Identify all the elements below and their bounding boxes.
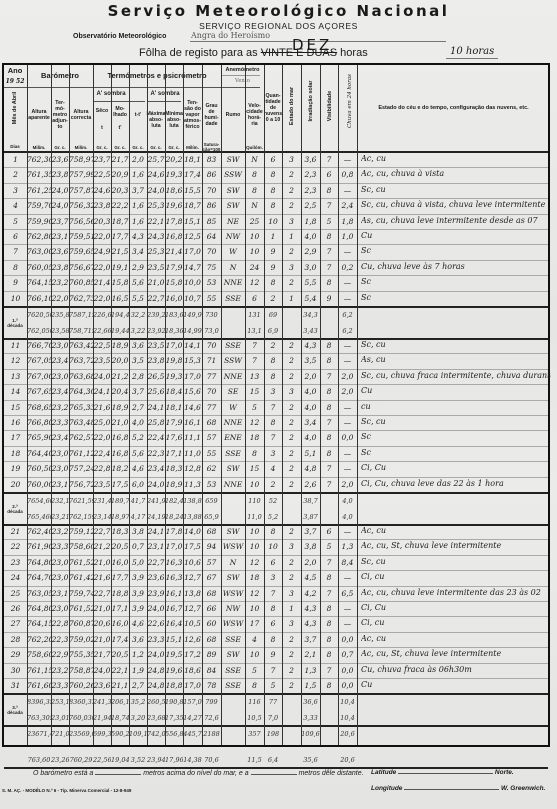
cell-seco: 21,0 — [93, 558, 111, 567]
cell-mar: 2 — [282, 635, 301, 644]
column-divider — [27, 65, 28, 745]
longitude-blank[interactable] — [404, 789, 499, 790]
cell-vel: 17 — [245, 619, 264, 628]
summary-nuv: 52 — [264, 497, 282, 505]
cell-vis: 5 — [320, 542, 338, 551]
cell-vis: 7 — [320, 558, 338, 567]
cell-irr: 2,5 — [301, 201, 320, 210]
cell-vis: 8 — [320, 186, 338, 195]
cell-max: 23,6 — [147, 573, 165, 582]
summary-alt-ap: 7654,60 — [27, 497, 51, 505]
cell-nuv: 9 — [264, 247, 282, 256]
summary-alt-ap: 763,60 — [27, 756, 51, 764]
cell-estado-ceu: Ac, cu — [361, 154, 551, 163]
cell-t-adj: 23,8 — [51, 263, 69, 272]
barometro-note: O barómetro está a metros acima do nível… — [33, 770, 364, 777]
cell-vel: 5 — [245, 666, 264, 675]
cell-estado-ceu: Ac, cu — [361, 634, 551, 643]
table-row: 22761,9023,3758,6021,220,50,723,117,017,… — [4, 539, 552, 554]
cell-diff: 5,6 — [129, 278, 147, 287]
cell-tensao: 12,8 — [183, 464, 202, 473]
cell-alt-ap: 764,80 — [27, 558, 51, 567]
cell-alt-corr: 760,85 — [69, 278, 93, 287]
cell-vis: 8 — [320, 341, 338, 350]
summary-tensao: 14,27 — [183, 714, 202, 722]
cell-alt-corr: 757,87 — [69, 186, 93, 195]
cell-dia: 18 — [4, 449, 27, 458]
cell-nuv: 8 — [264, 372, 282, 381]
cell-diff: 3,6 — [129, 341, 147, 350]
cell-max: 22,3 — [147, 449, 165, 458]
cell-diff: 2,8 — [129, 372, 147, 381]
unit-term-adjunto: Gr. c. — [51, 145, 69, 150]
cell-estado-ceu: Sc, cu — [361, 557, 551, 566]
cell-dia: 30 — [4, 666, 27, 675]
cell-tensao: 12,5 — [183, 232, 202, 241]
cell-diff: 3,9 — [129, 604, 147, 613]
cell-tensao: 17,2 — [183, 650, 202, 659]
cell-diff: 0,7 — [129, 542, 147, 551]
cell-molh: 20,3 — [111, 186, 129, 195]
cell-vis: 6 — [320, 527, 338, 536]
table-row: 29758,6022,9755,3521,720,51,224,019,517,… — [4, 647, 552, 662]
summary-min: 556,8 — [165, 730, 183, 738]
cell-min: 16,4 — [165, 619, 183, 628]
cell-dia: 29 — [4, 650, 27, 659]
cell-alt-corr: 760,26 — [69, 681, 93, 690]
cell-rumo: SSE — [221, 294, 245, 303]
cell-t-adj: 23,0 — [51, 604, 69, 613]
cell-seco: 22,0 — [93, 263, 111, 272]
cell-tensao: 14,6 — [183, 403, 202, 412]
cell-vis: 5 — [320, 217, 338, 226]
cell-diff: 1,6 — [129, 201, 147, 210]
cell-nuv: 3 — [264, 387, 282, 396]
cell-max: 26,5 — [147, 372, 165, 381]
summary-diff: 3,20 — [129, 714, 147, 722]
cell-vis: 7 — [320, 666, 338, 675]
cell-tensao: 17,5 — [183, 542, 202, 551]
mes-label: Mês de Abril — [12, 83, 18, 133]
summary-min: 183,6 — [165, 311, 183, 319]
cell-molh: 18,9 — [111, 403, 129, 412]
cell-t-adj: 23,1 — [51, 232, 69, 241]
cell-alt-ap: 766,70 — [27, 341, 51, 350]
table-row: 3761,2524,0757,8724,620,33,724,018,615,5… — [4, 183, 552, 198]
cell-seco: 24,0 — [93, 372, 111, 381]
cell-max: 25,3 — [147, 247, 165, 256]
cell-dia: 10 — [4, 294, 27, 303]
altitude-blank[interactable] — [95, 774, 141, 775]
register-heading: Fôlha de registo para as VINTE E DUAS ho… — [139, 47, 368, 59]
cell-seco: 21,7 — [93, 650, 111, 659]
cell-irr: 2,6 — [301, 480, 320, 489]
summary-t-adj: 235,8 — [51, 311, 69, 319]
cell-alt-ap: 764,80 — [27, 604, 51, 613]
cell-vis: 8 — [320, 604, 338, 613]
cell-alt-ap: 760,05 — [27, 263, 51, 272]
summary-molh: 19,04 — [111, 756, 129, 764]
cell-estado-ceu: Cu — [361, 231, 551, 240]
cell-dia: 13 — [4, 372, 27, 381]
cell-seco: 21,2 — [93, 542, 111, 551]
cell-nuv: 8 — [264, 356, 282, 365]
cell-max: 24,1 — [147, 403, 165, 412]
cell-min: 19,6 — [165, 666, 183, 675]
cell-tensao: 15,5 — [183, 186, 202, 195]
cell-vel: 4 — [245, 635, 264, 644]
cell-molh: 17,5 — [111, 480, 129, 489]
cell-vel: 18 — [245, 433, 264, 442]
summary-vel: 13,1 — [245, 327, 264, 335]
cell-max: 25,6 — [147, 387, 165, 396]
cell-seco: 22,5 — [93, 170, 111, 179]
cell-max: 22,7 — [147, 558, 165, 567]
estado-ceu-heading: Estado do céu e do tempo, configuração d… — [357, 65, 550, 150]
cell-molh: 16,8 — [111, 433, 129, 442]
cell-min: 17,9 — [165, 263, 183, 272]
cell-max: 24,6 — [147, 170, 165, 179]
dias-label: Dias — [4, 144, 26, 149]
cell-vel: 6 — [245, 294, 264, 303]
cell-humid: 53 — [202, 278, 221, 287]
cell-max: 22,1 — [147, 217, 165, 226]
cell-molh: 17,4 — [111, 635, 129, 644]
cell-mar: 3 — [282, 217, 301, 226]
irradiacao-heading: Irradiação solar — [308, 73, 314, 129]
cell-mar: 2 — [282, 666, 301, 675]
barometro-note-part1: O barómetro está a — [33, 770, 93, 777]
table-row: 28762,2022,3759,0221,017,43,623,315,112,… — [4, 632, 552, 647]
cell-humid: 68 — [202, 589, 221, 598]
cell-nuv: 2 — [264, 294, 282, 303]
cell-humid: 66 — [202, 604, 221, 613]
summary-nuv: 69 — [264, 311, 282, 319]
cell-humid: 89 — [202, 650, 221, 659]
cell-vel: 10 — [245, 542, 264, 551]
cell-estado-ceu: Cu — [361, 386, 551, 395]
cell-min: 17,8 — [165, 527, 183, 536]
cell-estado-ceu: Cu — [361, 680, 551, 689]
cell-rumo: WSW — [221, 542, 245, 551]
table-row: 1762,3023,6758,9723,721,72,025,720,218,1… — [4, 152, 552, 167]
cell-tensao: 14,0 — [183, 527, 202, 536]
cell-rumo: SW — [221, 527, 245, 536]
cell-tensao: 17,0 — [183, 681, 202, 690]
cell-tensao: 12,7 — [183, 573, 202, 582]
cell-alt-ap: 761,25 — [27, 186, 51, 195]
cell-alt-corr: 757,99 — [69, 170, 93, 179]
cell-humid: 77 — [202, 403, 221, 412]
cell-chuva: — — [338, 356, 357, 365]
table-row: 12767,0523,4763,7223,520,03,523,819,815,… — [4, 353, 552, 368]
cell-rumo: SSW — [221, 170, 245, 179]
summary-max: 23,92 — [147, 327, 165, 335]
summary-seco: 21,94 — [93, 714, 111, 722]
cell-alt-ap: 761,90 — [27, 542, 51, 551]
summary-alt-corr: 758,715 — [69, 327, 93, 335]
cell-tensao: 11,3 — [183, 480, 202, 489]
cell-irr: 4,8 — [301, 464, 320, 473]
hours-underline — [446, 58, 498, 59]
cell-estado-ceu: Sc, cu, chuva à vista, chuva leve interm… — [361, 200, 551, 209]
summary-seco: 23,14 — [93, 513, 111, 521]
cell-estado-ceu: Ac, cu, St, chuva leve intermitente — [361, 649, 551, 658]
cell-alt-ap: 767,00 — [27, 372, 51, 381]
cell-dia: 3 — [4, 186, 27, 195]
cell-molh: 20,0 — [111, 356, 129, 365]
cell-humid: 70 — [202, 341, 221, 350]
column-divider — [245, 65, 246, 745]
cell-irr: 3,6 — [301, 155, 320, 164]
cell-irr: 3,5 — [301, 356, 320, 365]
cell-rumo: NNE — [221, 372, 245, 381]
cell-vis: 8 — [320, 449, 338, 458]
cell-estado-ceu: Sc — [361, 448, 551, 457]
summary-vel: 110 — [245, 497, 264, 505]
summary-seco: 231,4 — [93, 497, 111, 505]
cell-seco: 20,6 — [93, 619, 111, 628]
summary-irr: 34,3 — [301, 311, 320, 319]
cell-alt-ap: 760,50 — [27, 464, 51, 473]
decade-mean-row: 763,6023,26760,2922,5619,043,5223,9417,9… — [4, 753, 552, 768]
cell-dia: 1 — [4, 155, 27, 164]
summary-tensao: 157,0 — [183, 698, 202, 706]
cell-irr: 4,0 — [301, 387, 320, 396]
cell-vel: 5 — [245, 403, 264, 412]
cell-vel: 13 — [245, 372, 264, 381]
cell-tensao: 10,6 — [183, 558, 202, 567]
cell-t-adj: 23,2 — [51, 403, 69, 412]
cell-t-adj: 23,2 — [51, 278, 69, 287]
cell-nuv: 7 — [264, 403, 282, 412]
cell-estado-ceu: Sc, cu, chuva fraca intermitente, chuva … — [361, 371, 551, 380]
summary-t-adj: 23,26 — [51, 756, 69, 764]
cell-irr: 2,9 — [301, 247, 320, 256]
summary-humid: 799 — [202, 698, 221, 706]
cell-alt-ap: 766,10 — [27, 294, 51, 303]
cell-max: 22,7 — [147, 294, 165, 303]
cell-mar: 2 — [282, 247, 301, 256]
cell-dia: 25 — [4, 589, 27, 598]
cell-molh: 21,7 — [111, 155, 129, 164]
cell-vis: 8 — [320, 403, 338, 412]
observatory-value: Angra do Heroísmo — [191, 31, 270, 40]
table-row: 30761,1523,2758,8724,022,11,924,819,618,… — [4, 663, 552, 678]
summary-molh: 590,2 — [111, 730, 129, 738]
column-divider — [51, 65, 52, 745]
unit-seco: Gr. c. — [93, 145, 111, 150]
cell-vis: 7 — [320, 418, 338, 427]
cell-vis: 8 — [320, 356, 338, 365]
cell-alt-ap: 759,90 — [27, 217, 51, 226]
cell-humid: 78 — [202, 681, 221, 690]
cell-seco: 23,8 — [93, 201, 111, 210]
cell-min: 19,6 — [165, 201, 183, 210]
distance-blank[interactable] — [251, 774, 297, 775]
cell-seco: 22,0 — [93, 232, 111, 241]
cell-dia: 6 — [4, 232, 27, 241]
cell-mar: 3 — [282, 155, 301, 164]
summary-max: 260,5 — [147, 698, 165, 706]
cell-humid: 53 — [202, 480, 221, 489]
cell-tensao: 15,1 — [183, 217, 202, 226]
cell-mar: 2 — [282, 418, 301, 427]
cell-dia: 11 — [4, 341, 27, 350]
cell-rumo: SE — [221, 387, 245, 396]
cell-irr: 5,5 — [301, 278, 320, 287]
cell-humid: 83 — [202, 155, 221, 164]
summary-irr: 3,33 — [301, 714, 320, 722]
cell-tensao: 15,6 — [183, 387, 202, 396]
cell-max: 24,8 — [147, 681, 165, 690]
cell-vel: 7 — [245, 356, 264, 365]
cell-vel: 25 — [245, 217, 264, 226]
cell-vel: 10 — [245, 650, 264, 659]
cell-nuv: 2 — [264, 480, 282, 489]
cell-vel: 10 — [245, 604, 264, 613]
cell-molh: 16,8 — [111, 449, 129, 458]
cell-irr: 4,2 — [301, 589, 320, 598]
table-row: 9764,1523,2760,8521,415,85,621,015,810,0… — [4, 275, 552, 290]
tensao-heading: Ten-são do vapor atmos-férico — [183, 87, 202, 142]
summary-alt-ap: 765,460 — [27, 513, 51, 521]
decade-mean-row: 765,46023,21762,15923,1418,974,1724,1918… — [4, 510, 552, 525]
cell-alt-ap: 762,80 — [27, 232, 51, 241]
cell-molh: 19,1 — [111, 263, 129, 272]
maxima-heading: Máxima abso-luta — [147, 105, 165, 135]
cell-molh: 16,0 — [111, 558, 129, 567]
cell-irr: 3,7 — [301, 635, 320, 644]
cell-vel: 8 — [245, 170, 264, 179]
cell-humid: 62 — [202, 464, 221, 473]
table-row: 7763,0023,6759,6524,921,53,425,321,417,0… — [4, 244, 552, 259]
quantidade-nuvens-heading: Quan-tidade de nuvens 0 a 10 — [264, 65, 282, 150]
handwritten-hours: 10 horas — [450, 46, 494, 57]
seco-heading: Sêco — [93, 105, 111, 117]
cell-mar: 3 — [282, 589, 301, 598]
estado-mar-heading: Estado do mar — [289, 80, 295, 132]
cell-mar: 2 — [282, 201, 301, 210]
cell-dia: 15 — [4, 403, 27, 412]
unit-minima: Gr. c. — [165, 145, 183, 150]
summary-t-adj: 232,1 — [51, 497, 69, 505]
summary-vel: 116 — [245, 698, 264, 706]
cell-diff: 3,8 — [129, 527, 147, 536]
summary-chuva: 10,4 — [338, 714, 357, 722]
cell-irr: 1,5 — [301, 681, 320, 690]
cell-humid: 70 — [202, 247, 221, 256]
header-rule — [27, 87, 260, 88]
cell-rumo: SW — [221, 186, 245, 195]
cell-mar: 2 — [282, 433, 301, 442]
column-divider — [165, 65, 166, 745]
summary-max: 23,94 — [147, 756, 165, 764]
cell-mar: 3 — [282, 542, 301, 551]
cell-chuva: — — [338, 278, 357, 287]
table-row: 13767,0023,0763,6824,021,22,826,519,317,… — [4, 369, 552, 384]
table-row: 24764,7023,0761,4221,617,73,923,616,312,… — [4, 570, 552, 585]
cell-vel: 12 — [245, 589, 264, 598]
cell-seco: 22,7 — [93, 527, 111, 536]
cell-chuva: 2,0 — [338, 387, 357, 396]
cell-chuva: 0,0 — [338, 635, 357, 644]
cell-diff: 3,7 — [129, 387, 147, 396]
cell-chuva: — — [338, 403, 357, 412]
cell-estado-ceu: Sc, cu — [361, 340, 551, 349]
cell-alt-ap: 764,70 — [27, 573, 51, 582]
cell-vel: 8 — [245, 186, 264, 195]
cell-min: 16,3 — [165, 573, 183, 582]
cell-t-adj: 22,0 — [51, 294, 69, 303]
cell-humid: 75 — [202, 263, 221, 272]
cell-chuva: 0,7 — [338, 650, 357, 659]
summary-nuv: 198 — [264, 730, 282, 738]
cell-alt-corr: 759,74 — [69, 589, 93, 598]
cell-tensao: 13,8 — [183, 589, 202, 598]
cell-alt-ap: 761,60 — [27, 681, 51, 690]
cell-vis: 7 — [320, 372, 338, 381]
cell-nuv: 8 — [264, 604, 282, 613]
cell-vel: 24 — [245, 263, 264, 272]
cell-tensao: 11,0 — [183, 449, 202, 458]
summary-diff: 4,17 — [129, 513, 147, 521]
summary-alt-corr: 762,159 — [69, 513, 93, 521]
unit-tensao: Milím. — [183, 145, 202, 150]
summary-diff: 3,22 — [129, 327, 147, 335]
cell-vel: 8 — [245, 449, 264, 458]
cell-vis: 9 — [320, 294, 338, 303]
cell-molh: 18,9 — [111, 341, 129, 350]
cell-min: 19,3 — [165, 372, 183, 381]
cell-rumo: SSE — [221, 681, 245, 690]
cell-irr: 3,8 — [301, 542, 320, 551]
cell-molh: 18,2 — [111, 464, 129, 473]
cell-alt-corr: 765,33 — [69, 403, 93, 412]
cell-chuva: — — [338, 619, 357, 628]
column-divider — [93, 65, 94, 745]
cell-humid: 68 — [202, 527, 221, 536]
cell-alt-corr: 758,60 — [69, 542, 93, 551]
cell-t-adj: 23,1 — [51, 480, 69, 489]
table-row: 23764,8023,0761,5221,016,05,022,716,310,… — [4, 555, 552, 570]
cell-chuva: — — [338, 573, 357, 582]
cell-vis: 8 — [320, 650, 338, 659]
cell-mar: 2 — [282, 372, 301, 381]
molhado-symbol: t' — [111, 123, 129, 133]
cell-mar: 2 — [282, 449, 301, 458]
form-model-code: S. M. AÇ. - MODÊLO N.º 6 - Tip. Minerva … — [2, 788, 131, 793]
cell-tensao: 10,7 — [183, 294, 202, 303]
cell-rumo: SSE — [221, 635, 245, 644]
summary-chuva: 20,6 — [338, 756, 357, 764]
cell-min: 16,3 — [165, 558, 183, 567]
cell-mar: 3 — [282, 619, 301, 628]
cell-molh: 21,1 — [111, 681, 129, 690]
cell-nuv: 10 — [264, 217, 282, 226]
summary-tensao: 445,7 — [183, 730, 202, 738]
latitude-blank[interactable] — [398, 773, 493, 774]
cell-diff: 6,0 — [129, 480, 147, 489]
cell-alt-ap: 763,05 — [27, 589, 51, 598]
column-divider — [282, 65, 283, 745]
summary-min: 18,24 — [165, 513, 183, 521]
cell-t-adj: 23,4 — [51, 387, 69, 396]
cell-min: 19,3 — [165, 170, 183, 179]
cell-t-adj: 23,0 — [51, 372, 69, 381]
cell-chuva: 2,0 — [338, 480, 357, 489]
ano-label: Ano — [4, 65, 26, 77]
